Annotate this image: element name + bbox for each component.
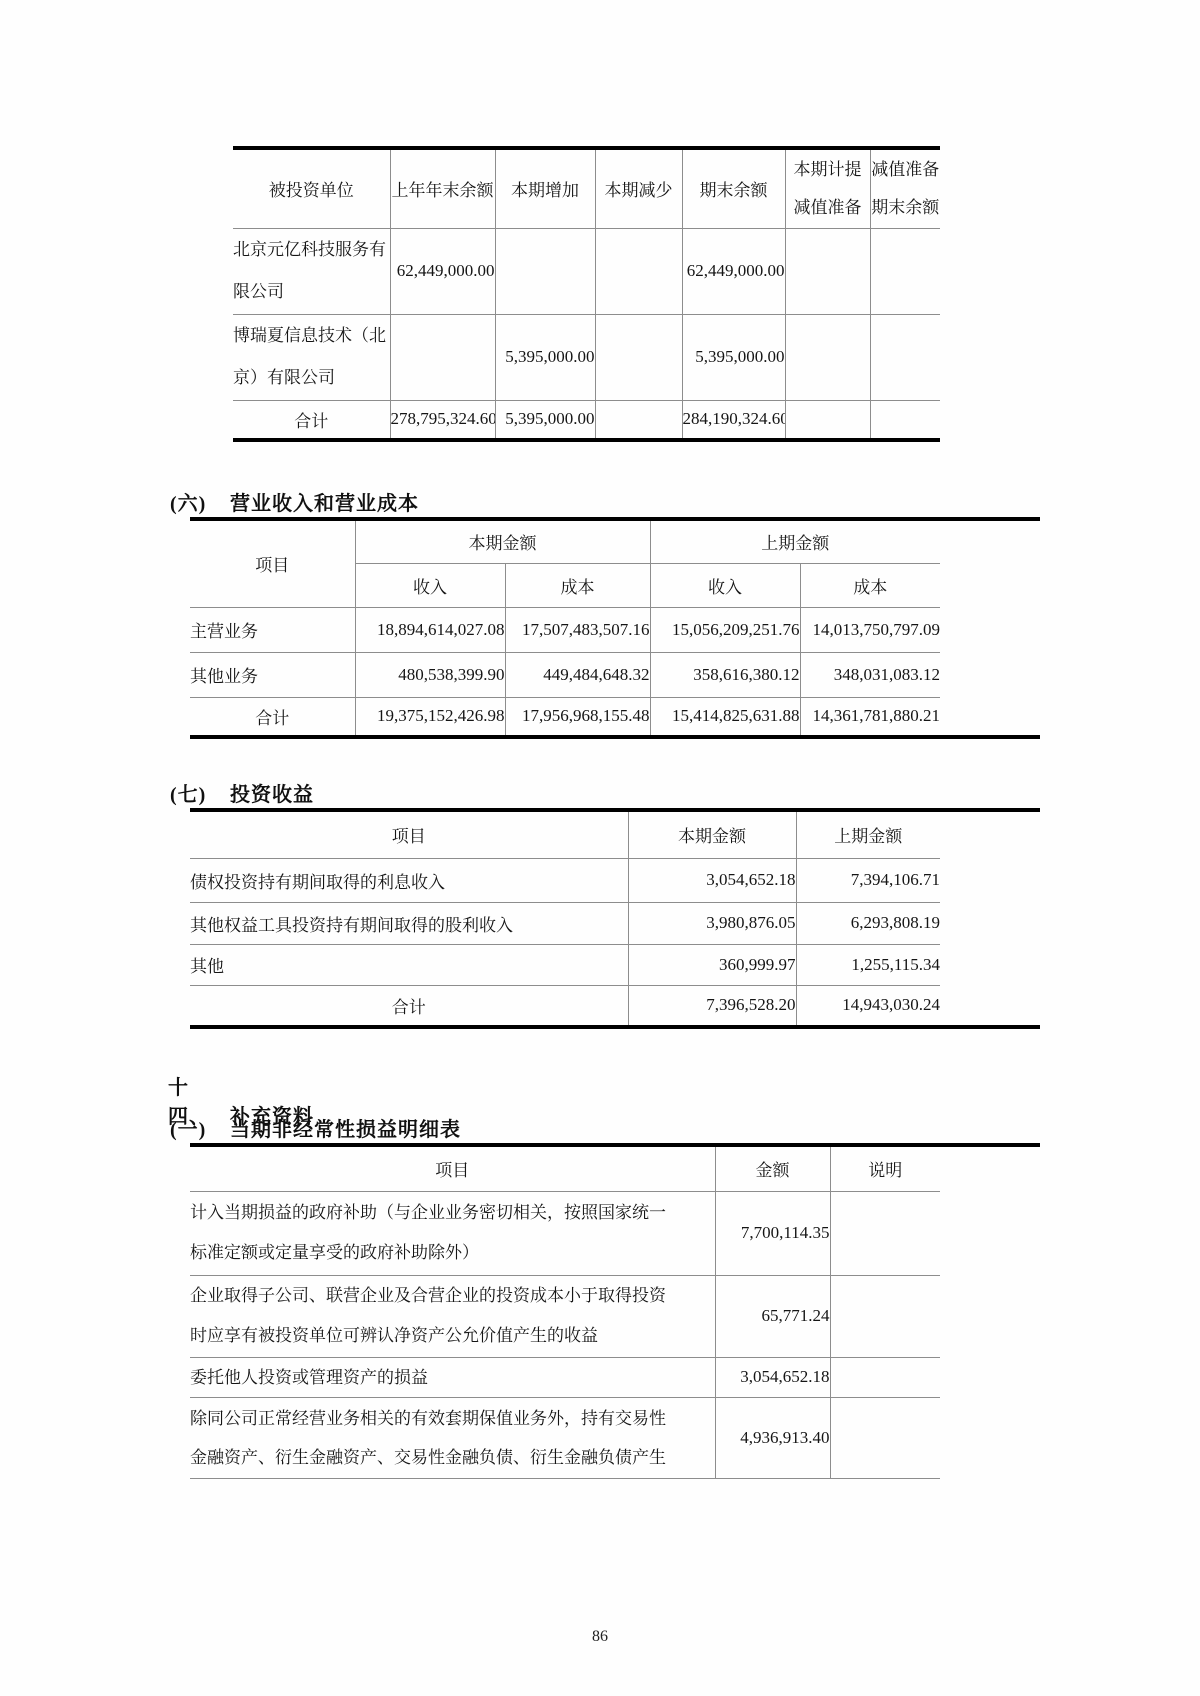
amount-cell: 3,054,652.18 [715,1357,830,1398]
amount-cell: 17,507,483,507.16 [505,607,650,652]
amount-cell: 15,414,825,631.88 [650,697,800,735]
row-label-cell: 北京元亿科技服务有 限公司 [233,228,390,314]
amount-cell [595,400,682,440]
section-six-heading: (六) 营业收入和营业成本 [170,487,419,516]
amount-cell: 62,449,000.00 [390,228,495,314]
amount-cell: 449,484,648.32 [505,652,650,697]
table-header-row: 项目 本期金额 上期金额 [190,521,940,563]
amount-cell [595,228,682,314]
amount-cell [495,228,595,314]
amount-cell: 5,395,000.00 [495,400,595,440]
amount-cell: 5,395,000.00 [682,314,785,400]
column-header: 被投资单位 [233,148,390,228]
amount-cell: 7,700,114.35 [715,1191,830,1275]
section-fourteen-one-heading: (一) 当期非经常性损益明细表 [170,1113,461,1142]
amount-cell: 284,190,324.60 [682,400,785,440]
amount-cell [785,228,870,314]
amount-cell [870,228,940,314]
column-header: 说明 [830,1147,940,1191]
row-label-cell: 除同公司正常经营业务相关的有效套期保值业务外，持有交易性 金融资产、衍生金融资产… [190,1398,715,1479]
amount-cell: 360,999.97 [628,944,796,985]
amount-cell: 6,293,808.19 [796,902,940,944]
amount-cell: 5,395,000.00 [495,314,595,400]
table-row: 主营业务 18,894,614,027.08 17,507,483,507.16… [190,607,940,652]
row-label-cell: 其他权益工具投资持有期间取得的股利收入 [190,902,628,944]
amount-cell: 7,396,528.20 [628,985,796,1025]
column-header: 项目 [190,812,628,858]
amount-cell: 348,031,083.12 [800,652,940,697]
table-row: 北京元亿科技服务有 限公司 62,449,000.00 62,449,000.0… [233,228,940,314]
page-number: 86 [0,1628,1200,1646]
row-label-cell: 债权投资持有期间取得的利息收入 [190,858,628,902]
amount-cell: 7,394,106.71 [796,858,940,902]
section-title: 当期非经常性损益明细表 [230,1113,461,1142]
amount-cell: 3,980,876.05 [628,902,796,944]
amount-cell: 65,771.24 [715,1275,830,1357]
amount-cell [390,314,495,400]
column-header: 项目 [190,521,355,607]
column-header: 上年年末余额 [390,148,495,228]
row-label-cell: 其他 [190,944,628,985]
section-title: 营业收入和营业成本 [230,487,419,516]
section-number: (七) [170,778,230,807]
total-label-cell: 合计 [190,697,355,735]
amount-cell: 1,255,115.34 [796,944,940,985]
table-total-row: 合计 7,396,528.20 14,943,030.24 [190,985,940,1025]
amount-cell [785,400,870,440]
column-header: 项目 [190,1147,715,1191]
amount-cell: 62,449,000.00 [682,228,785,314]
note-cell [830,1357,940,1398]
column-header: 上期金额 [650,521,940,563]
note-cell [830,1191,940,1275]
note-cell [830,1398,940,1479]
column-header: 本期金额 [355,521,650,563]
table-total-row: 合计 19,375,152,426.98 17,956,968,155.48 1… [190,697,940,735]
column-header: 本期计提 减值准备 [785,148,870,228]
table-row: 其他 360,999.97 1,255,115.34 [190,944,940,985]
row-label-cell: 计入当期损益的政府补助（与企业业务密切相关，按照国家统一 标准定额或定量享受的政… [190,1191,715,1275]
column-header: 金额 [715,1147,830,1191]
amount-cell [785,314,870,400]
column-header: 本期金额 [628,812,796,858]
row-label-cell: 博瑞夏信息技术（北 京）有限公司 [233,314,390,400]
section-title: 投资收益 [230,778,314,807]
revenue-cost-table: 项目 本期金额 上期金额 收入 成本 收入 成本 主营业务 18,894,614… [190,521,940,735]
column-header: 成本 [505,563,650,607]
column-header: 收入 [650,563,800,607]
amount-cell [870,314,940,400]
total-label-cell: 合计 [233,400,390,440]
investee-table: 被投资单位 上年年末余额 本期增加 本期减少 期末余额 本期计提 减值准备 减值… [233,146,940,442]
table-header-row: 项目 本期金额 上期金额 [190,812,940,858]
section-number: (一) [170,1113,230,1142]
total-label-cell: 合计 [190,985,628,1025]
table-row: 博瑞夏信息技术（北 京）有限公司 5,395,000.00 5,395,000.… [233,314,940,400]
table-row: 其他权益工具投资持有期间取得的股利收入 3,980,876.05 6,293,8… [190,902,940,944]
amount-cell: 18,894,614,027.08 [355,607,505,652]
report-page: 被投资单位 上年年末余额 本期增加 本期减少 期末余额 本期计提 减值准备 减值… [0,0,1200,1696]
amount-cell: 17,956,968,155.48 [505,697,650,735]
column-header: 减值准备 期末余额 [870,148,940,228]
amount-cell: 3,054,652.18 [628,858,796,902]
amount-cell: 358,616,380.12 [650,652,800,697]
amount-cell: 14,013,750,797.09 [800,607,940,652]
amount-cell: 15,056,209,251.76 [650,607,800,652]
table-row: 计入当期损益的政府补助（与企业业务密切相关，按照国家统一 标准定额或定量享受的政… [190,1191,940,1275]
amount-cell: 480,538,399.90 [355,652,505,697]
section-seven-heading: (七) 投资收益 [170,778,314,807]
table-row: 其他业务 480,538,399.90 449,484,648.32 358,6… [190,652,940,697]
row-label-cell: 企业取得子公司、联营企业及合营企业的投资成本小于取得投资 时应享有被投资单位可辨… [190,1275,715,1357]
column-header: 收入 [355,563,505,607]
amount-cell: 278,795,324.60 [390,400,495,440]
non-recurring-items-table: 项目 金额 说明 计入当期损益的政府补助（与企业业务密切相关，按照国家统一 标准… [190,1147,940,1479]
table-row: 债权投资持有期间取得的利息收入 3,054,652.18 7,394,106.7… [190,858,940,902]
column-header: 本期增加 [495,148,595,228]
row-label-cell: 委托他人投资或管理资产的损益 [190,1357,715,1398]
section-number: (六) [170,487,230,516]
amount-cell: 4,936,913.40 [715,1398,830,1479]
table-row: 企业取得子公司、联营企业及合营企业的投资成本小于取得投资 时应享有被投资单位可辨… [190,1275,940,1357]
table-row: 除同公司正常经营业务相关的有效套期保值业务外，持有交易性 金融资产、衍生金融资产… [190,1398,940,1479]
table-total-row: 合计 278,795,324.60 5,395,000.00 284,190,3… [233,400,940,440]
column-header: 上期金额 [796,812,940,858]
amount-cell: 14,943,030.24 [796,985,940,1025]
column-header: 期末余额 [682,148,785,228]
amount-cell [595,314,682,400]
row-label-cell: 其他业务 [190,652,355,697]
column-header: 本期减少 [595,148,682,228]
investment-income-table: 项目 本期金额 上期金额 债权投资持有期间取得的利息收入 3,054,652.1… [190,812,940,1025]
table-row: 委托他人投资或管理资产的损益 3,054,652.18 [190,1357,940,1398]
amount-cell [870,400,940,440]
column-header: 成本 [800,563,940,607]
amount-cell: 14,361,781,880.21 [800,697,940,735]
note-cell [830,1275,940,1357]
row-label-cell: 主营业务 [190,607,355,652]
table-header-row: 被投资单位 上年年末余额 本期增加 本期减少 期末余额 本期计提 减值准备 减值… [233,148,940,228]
table-header-row: 项目 金额 说明 [190,1147,940,1191]
amount-cell: 19,375,152,426.98 [355,697,505,735]
